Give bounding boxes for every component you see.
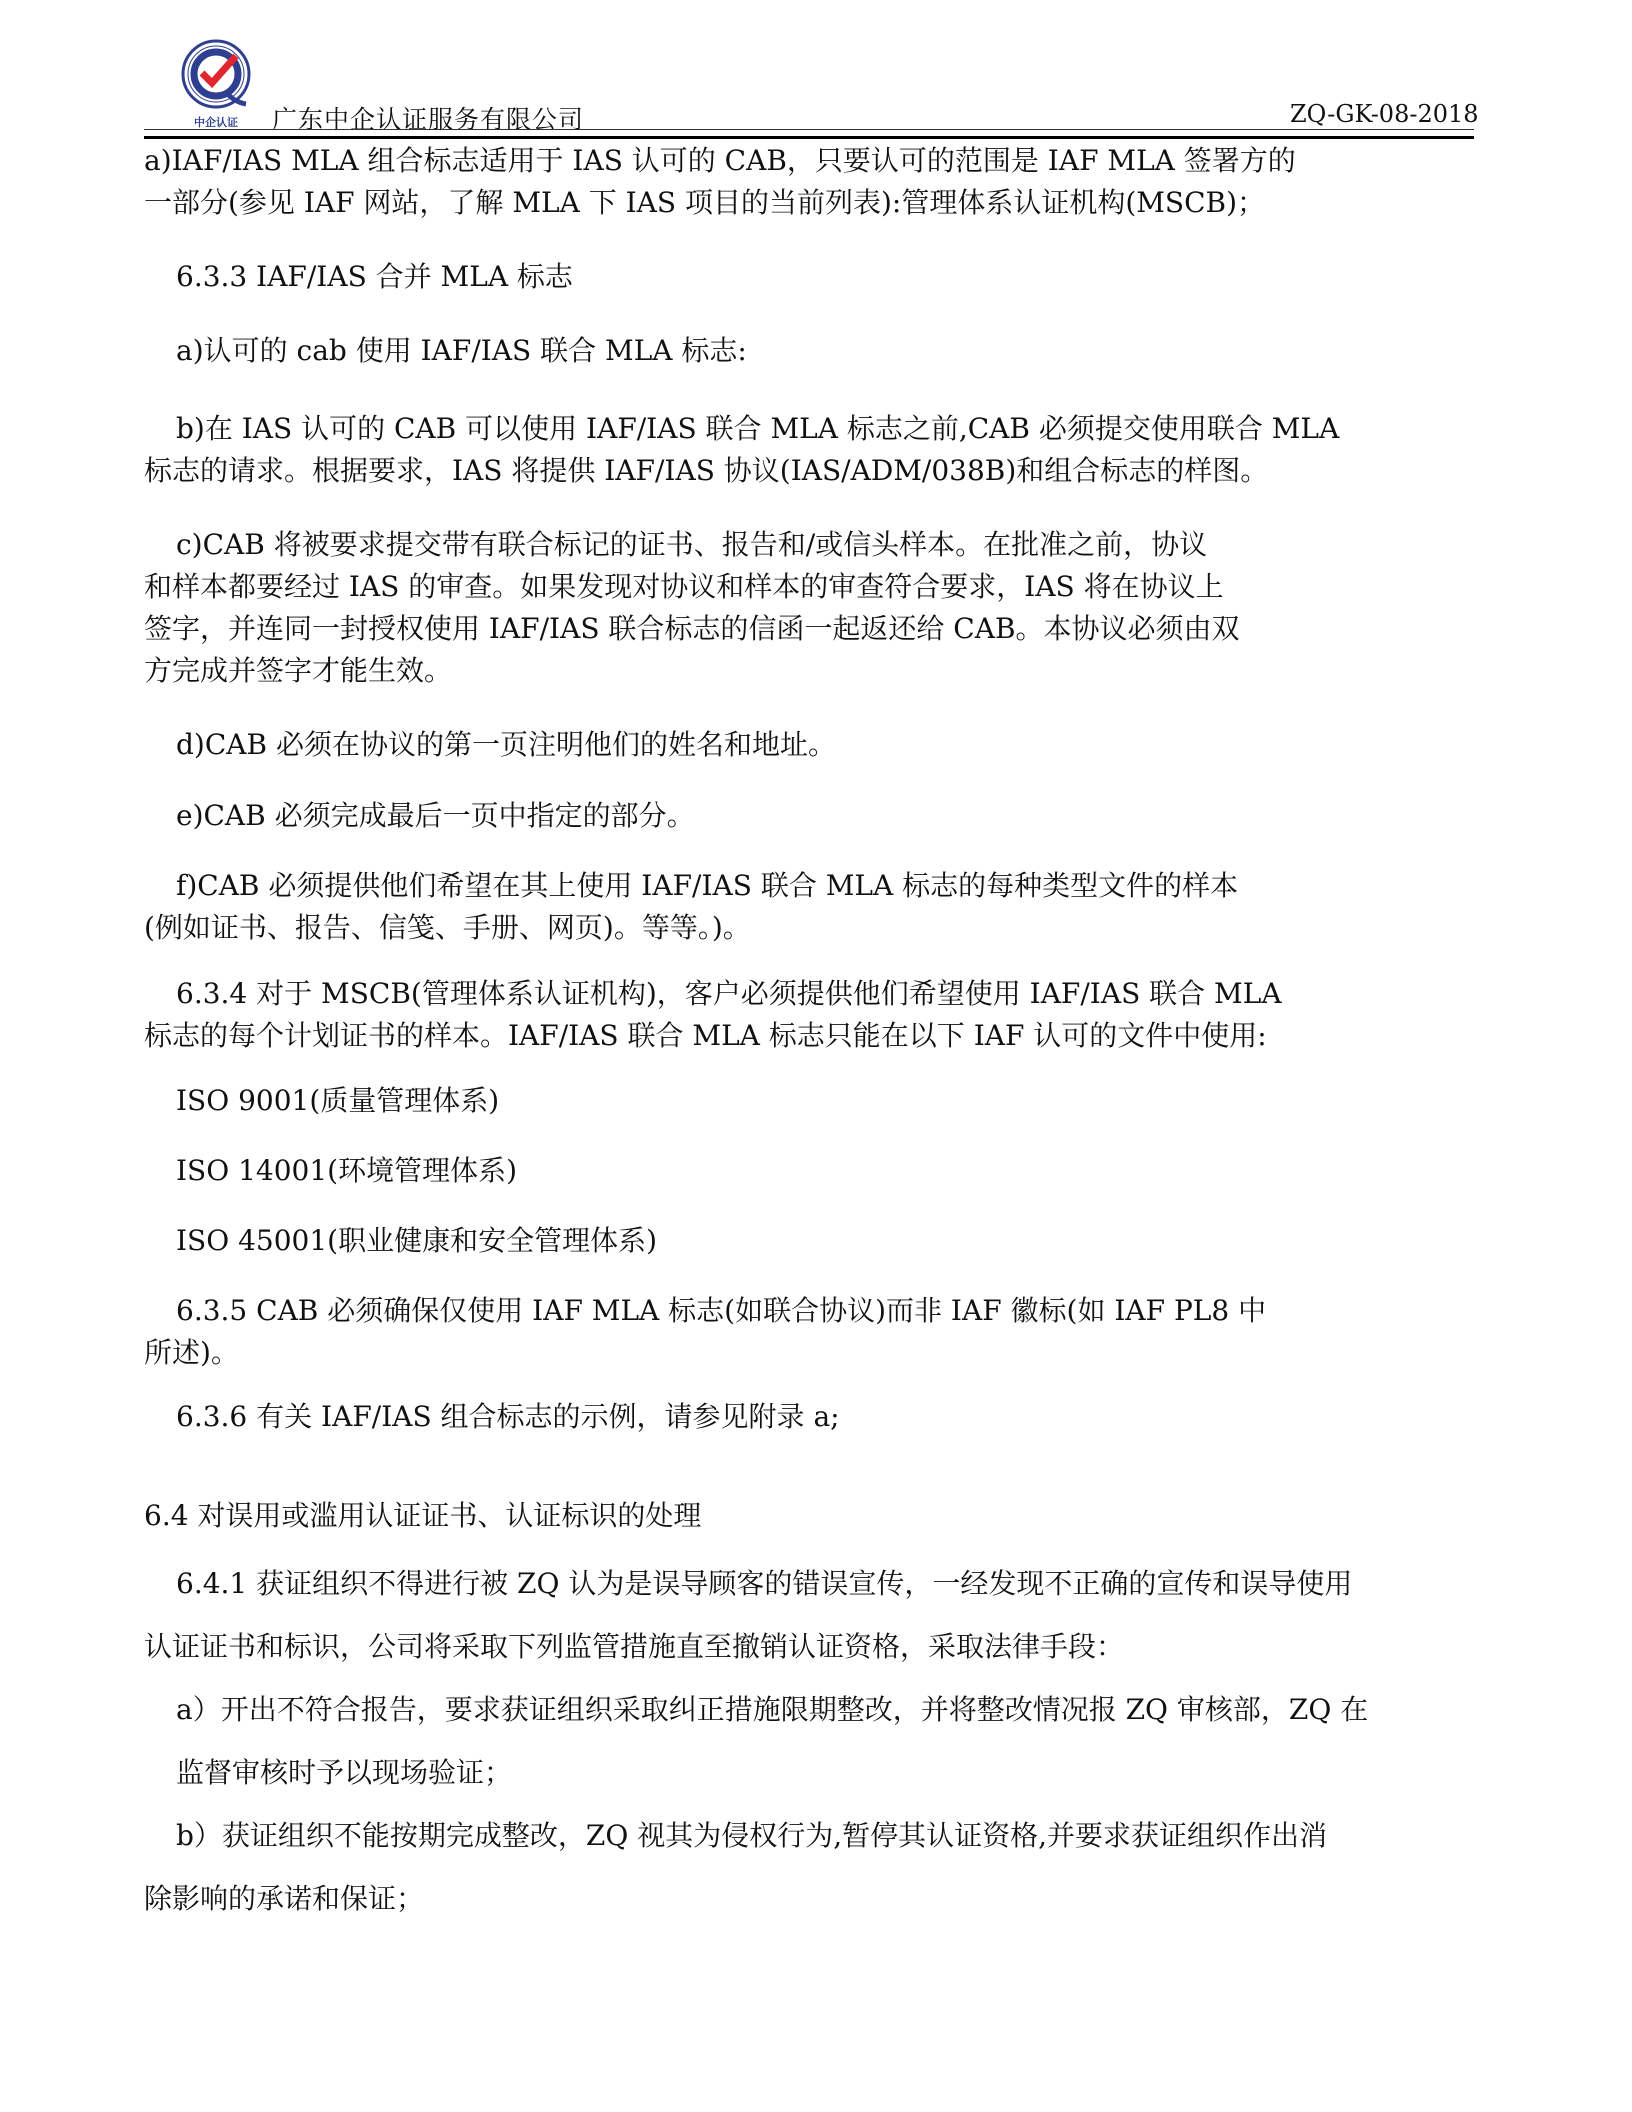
company-name: 广东中企认证服务有限公司	[272, 100, 584, 136]
iso-list-item: ISO 14001(环境管理体系)	[144, 1150, 517, 1192]
section-6-3-3-item-d: d)CAB 必须在协议的第一页注明他们的姓名和地址。	[144, 724, 836, 766]
section-6-4-1-item-b: b）获证组织不能按期完成整改，ZQ 视其为侵权行为,暂停其认证资格,并要求获证组…	[144, 1804, 1327, 1930]
section-6-3-3-item-b: b)在 IAS 认可的 CAB 可以使用 IAF/IAS 联合 MLA 标志之前…	[144, 408, 1339, 492]
header-rule-thick	[144, 136, 1474, 139]
page-header: 中企认证 广东中企认证服务有限公司 ZQ-GK-08-2018	[0, 0, 1632, 140]
section-6-3-3-title: 6.3.3 IAF/IAS 合并 MLA 标志	[144, 256, 573, 298]
section-6-4-1: 6.4.1 获证组织不得进行被 ZQ 认为是误导顾客的错误宣传，一经发现不正确的…	[144, 1552, 1352, 1678]
section-6-3-5: 6.3.5 CAB 必须确保仅使用 IAF MLA 标志(如联合协议)而非 IA…	[144, 1290, 1266, 1374]
section-6-3-3-item-a: a)认可的 cab 使用 IAF/IAS 联合 MLA 标志:	[144, 330, 747, 372]
section-6-4-title: 6.4 对误用或滥用认证证书、认证标识的处理	[144, 1495, 701, 1537]
section-6-3-4: 6.3.4 对于 MSCB(管理体系认证机构)，客户必须提供他们希望使用 IAF…	[144, 973, 1282, 1057]
iso-list-item: ISO 45001(职业健康和安全管理体系)	[144, 1220, 657, 1262]
section-6-4-1-item-a: a）开出不符合报告，要求获证组织采取纠正措施限期整改，并将整改情况报 ZQ 审核…	[144, 1678, 1368, 1804]
document-code: ZQ-GK-08-2018	[1290, 100, 1479, 128]
section-6-3-3-item-e: e)CAB 必须完成最后一页中指定的部分。	[144, 795, 695, 837]
svg-text:中企认证: 中企认证	[194, 115, 238, 129]
iso-list-item: ISO 9001(质量管理体系)	[144, 1080, 499, 1122]
section-6-3-3-item-c: c)CAB 将被要求提交带有联合标记的证书、报告和/或信头样本。在批准之前，协议…	[144, 524, 1240, 692]
zq-certification-logo: 中企认证	[168, 38, 264, 130]
paragraph-a-continued: a)IAF/IAS MLA 组合标志适用于 IAS 认可的 CAB，只要认可的范…	[144, 140, 1296, 224]
section-6-3-6: 6.3.6 有关 IAF/IAS 组合标志的示例，请参见附录 a;	[144, 1396, 840, 1438]
section-6-3-3-item-f: f)CAB 必须提供他们希望在其上使用 IAF/IAS 联合 MLA 标志的每种…	[144, 865, 1238, 949]
header-rule-thin	[144, 129, 1474, 130]
